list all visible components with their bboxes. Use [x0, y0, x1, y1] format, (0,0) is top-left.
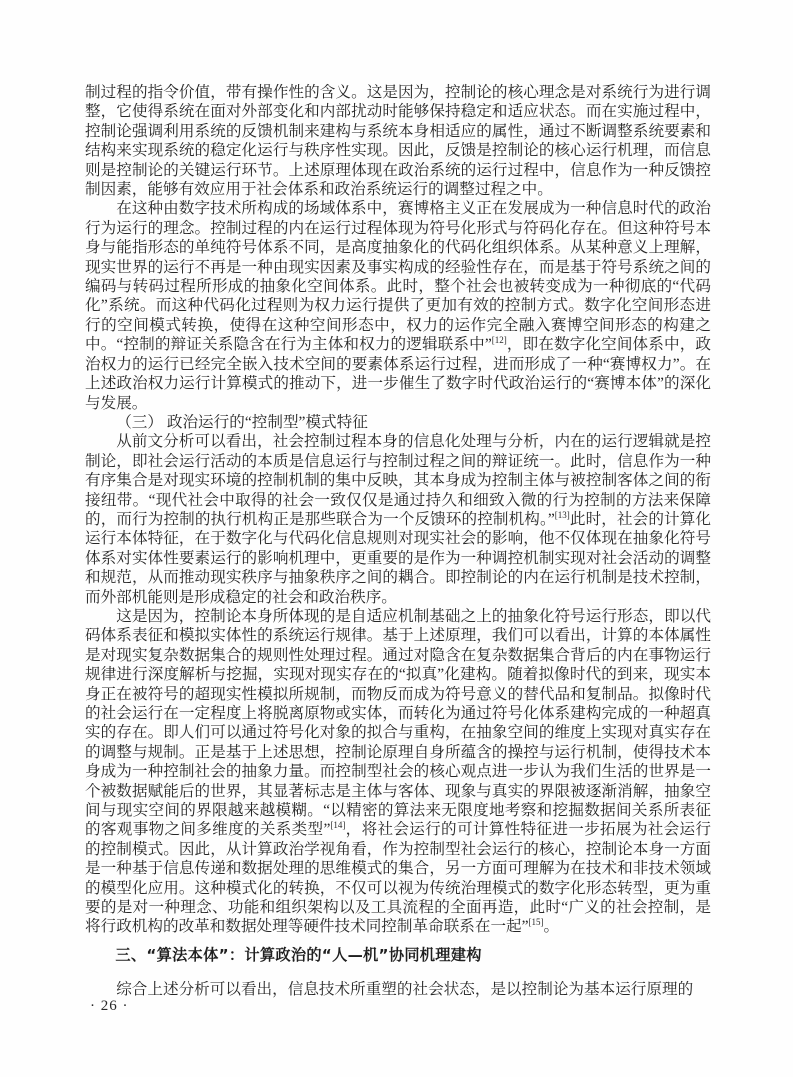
- body-paragraph: 这是因为，控制论本身所体现的是自适应机制基础之上的抽象化符号运行形态，即以代码体…: [85, 607, 711, 937]
- footnote-ref: [13]: [555, 510, 570, 520]
- subsection-heading: （三） 政治运行的“控制型”模式特征: [85, 413, 711, 432]
- section-heading: 三、“算法本体”：计算政治的“人—机”协同机理建构: [85, 946, 711, 965]
- document-page: 制过程的指令价值，带有操作性的含义。这是因为，控制论的核心理念是对系统行为进行调…: [0, 0, 793, 1077]
- footnote-ref: [12]: [492, 335, 507, 345]
- footnote-ref: [14]: [330, 820, 345, 830]
- body-paragraph: 制过程的指令价值，带有操作性的含义。这是因为，控制论的核心理念是对系统行为进行调…: [85, 83, 711, 199]
- page-number: · 26 ·: [90, 998, 129, 1015]
- body-paragraph: 在这种由数字技术所构成的场域体系中，赛博格主义正在发展成为一种信息时代的政治行为…: [85, 199, 711, 412]
- body-paragraph: 综合上述分析可以看出，信息技术所重塑的社会状态，是以控制论为基本运行原理的: [85, 980, 711, 999]
- footnote-ref: [15]: [529, 917, 544, 927]
- body-paragraph: 从前文分析可以看出，社会控制过程本身的信息化处理与分析，内在的运行逻辑就是控制论…: [85, 432, 711, 607]
- article-body: 制过程的指令价值，带有操作性的含义。这是因为，控制论的核心理念是对系统行为进行调…: [85, 83, 711, 1000]
